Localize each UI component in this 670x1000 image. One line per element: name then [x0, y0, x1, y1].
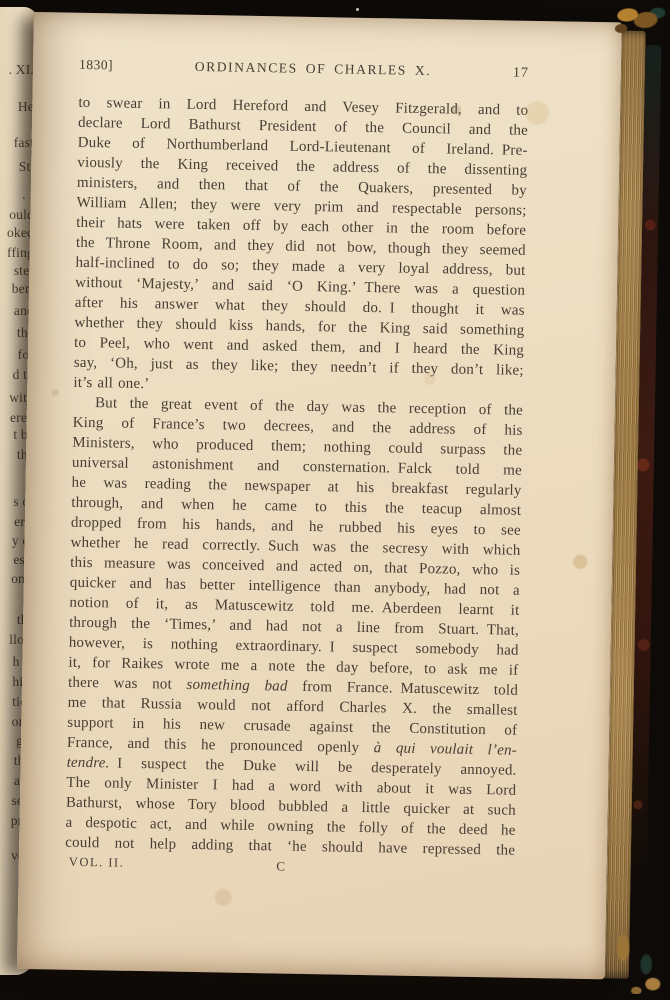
dust-speck [356, 8, 359, 11]
open-book: 1830] ORDINANCES OF CHARLES X. 17 to swe… [17, 12, 670, 983]
body-text: to swear in Lord Hereford and Vesey Fitz… [65, 93, 528, 861]
signature-mark: C [276, 858, 285, 874]
left-page-fragment: He [0, 99, 34, 114]
header-title: ORDINANCES OF CHARLES X. [113, 57, 513, 80]
running-header: 1830] ORDINANCES OF CHARLES X. 17 [79, 57, 529, 82]
volume-label: VOL. II. [69, 855, 125, 871]
left-page-fragment: fast [0, 135, 34, 150]
book-photo-scene: . XI.HefastSt.. Iouldokedffingsterber-an… [0, 0, 670, 1000]
left-page-fragment: ould [0, 207, 34, 222]
left-page-fragment: oked [0, 225, 34, 240]
header-year: 1830] [79, 57, 113, 74]
worn-corner-bottom [600, 928, 666, 994]
worn-corner-top [610, 0, 668, 40]
left-page-fragment: . XI. [0, 62, 34, 77]
page-number: 17 [513, 66, 529, 82]
book-page: 1830] ORDINANCES OF CHARLES X. 17 to swe… [17, 12, 622, 979]
left-page-fragment: St. [0, 159, 34, 174]
left-page-fragment: . I [0, 187, 34, 202]
